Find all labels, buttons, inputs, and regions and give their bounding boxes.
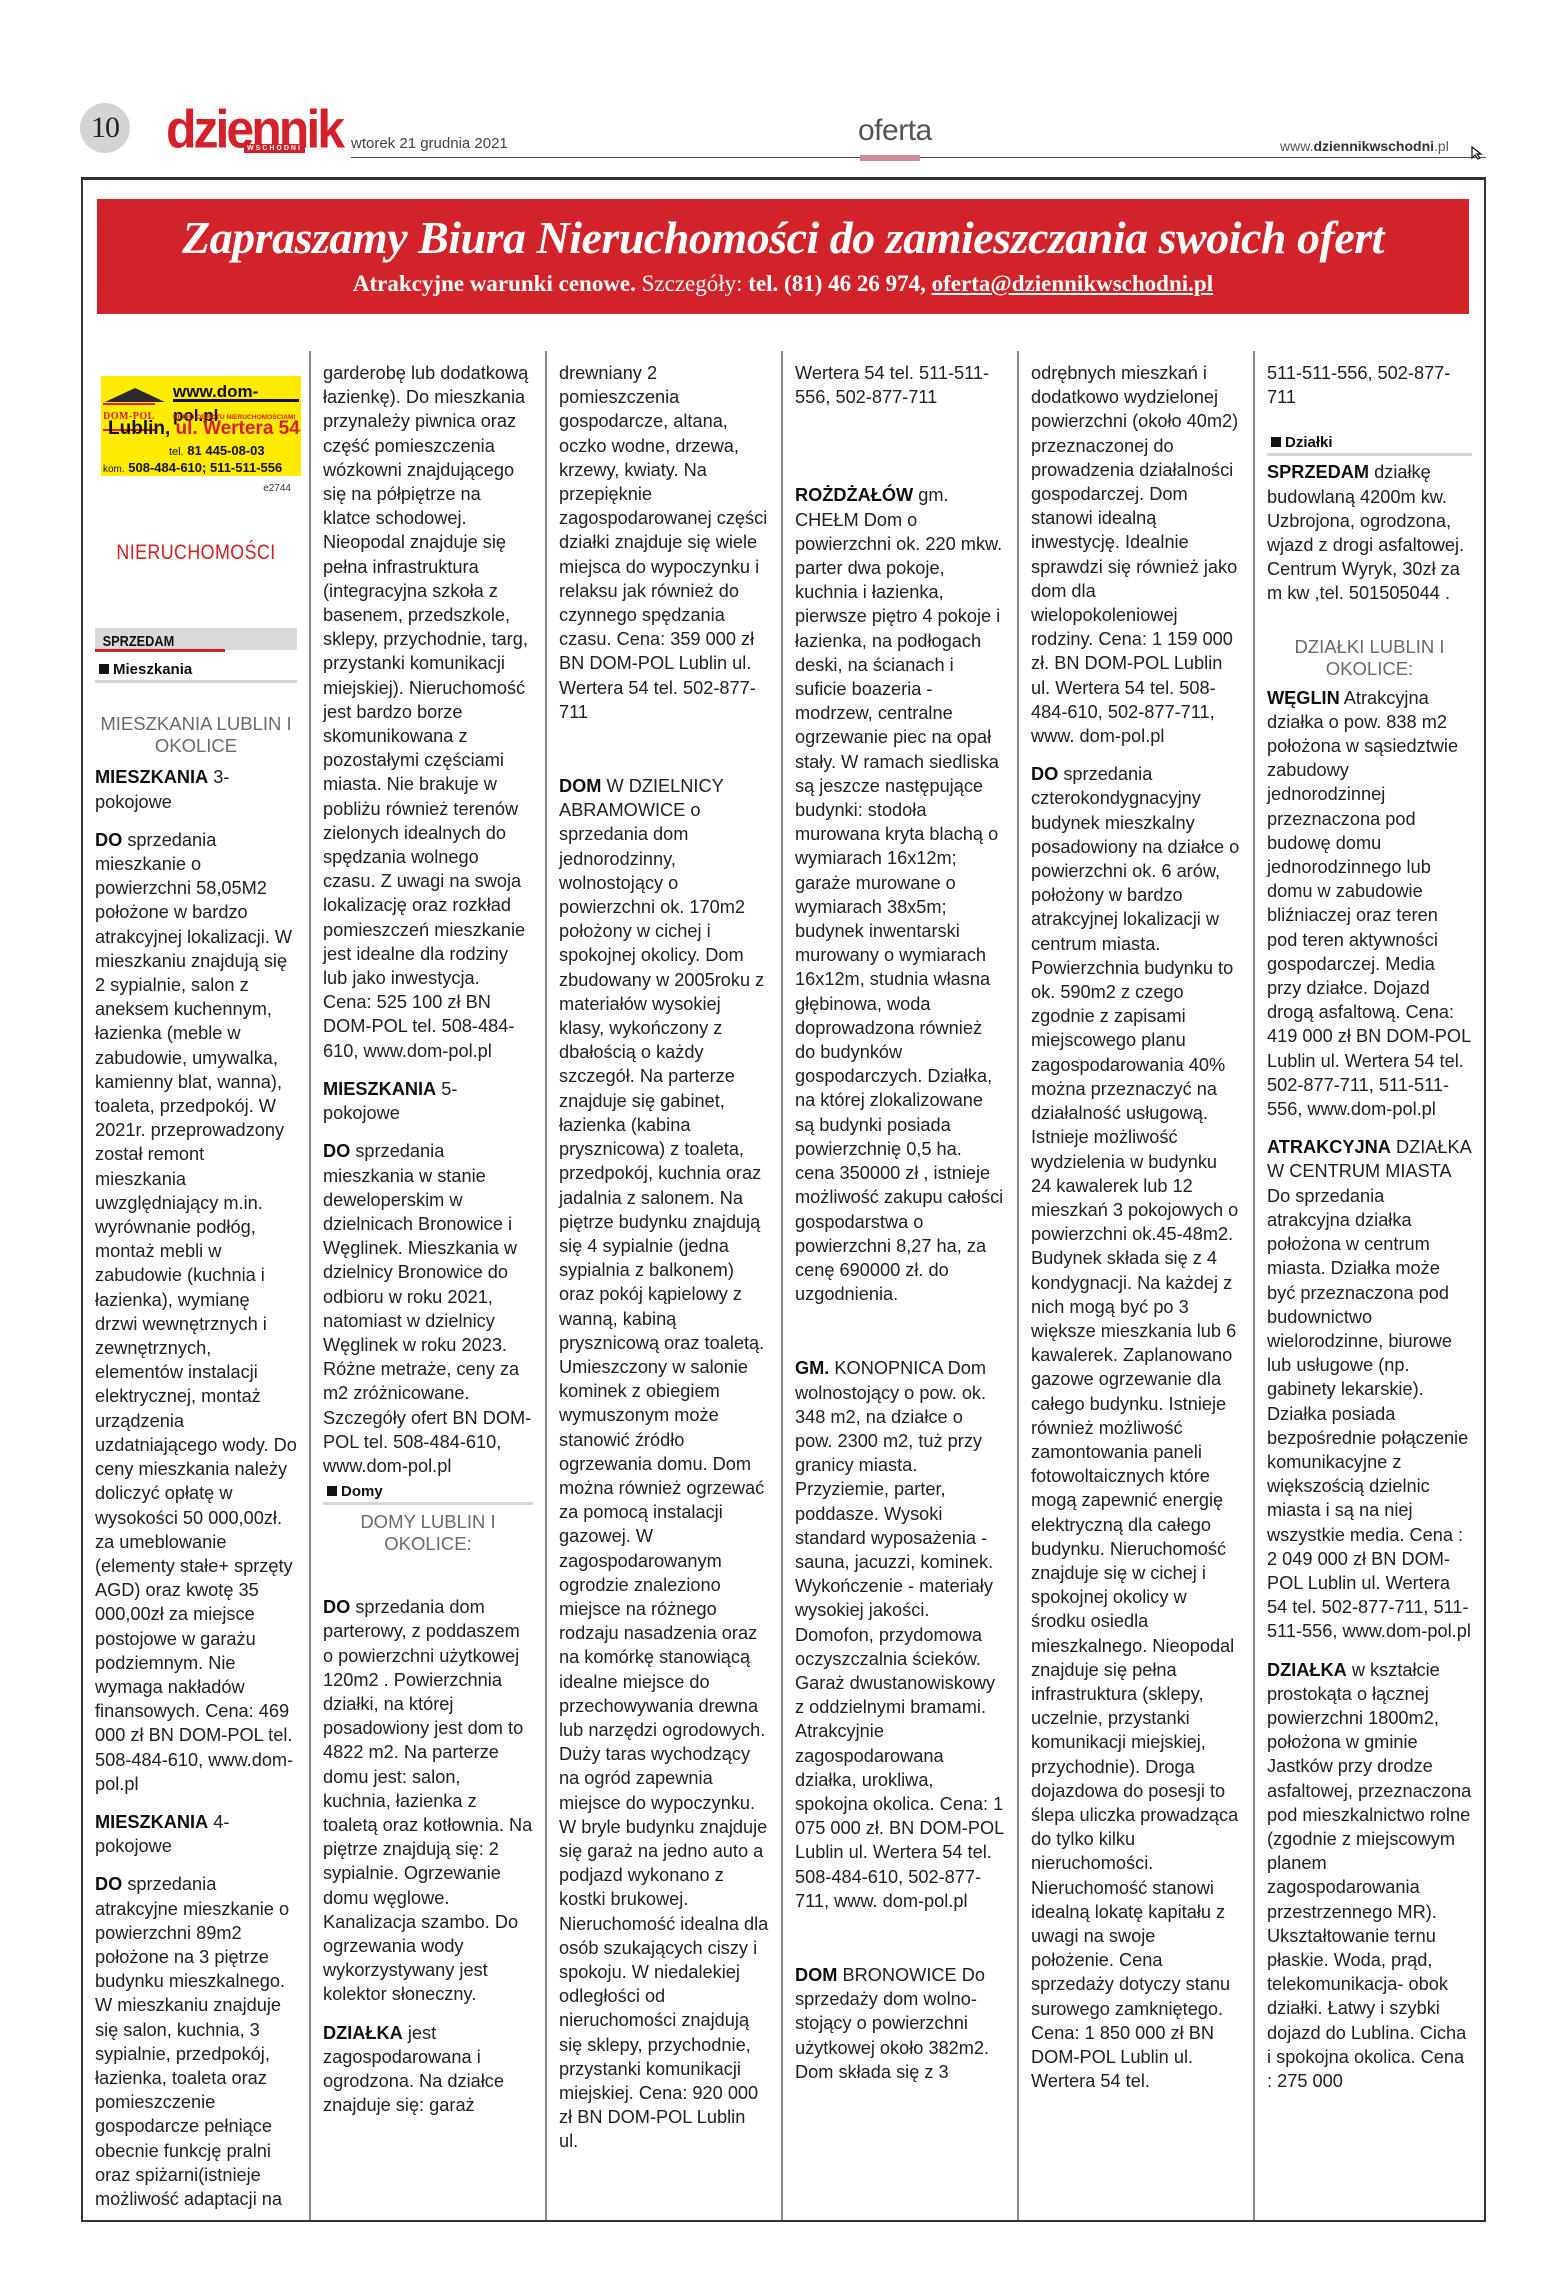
subcategory-domy: Domy <box>323 1482 533 1505</box>
subcategory-label: Mieszkania <box>113 661 192 678</box>
site-domain: dziennikwschodni <box>1313 138 1434 154</box>
listing-text: sprzedania mieszkanie o powierzchni 58,0… <box>95 830 297 1794</box>
listing-text: sprzedania czterokondygnacyjny budynek m… <box>1031 764 1239 2091</box>
listing-text: odrębnych mieszkań i dodatkowo wydzielon… <box>1031 363 1238 746</box>
listing: GM. KONOPNICA Dom wolnostojący o pow. ok… <box>795 1356 1005 1913</box>
banner-phone: tel. (81) 46 26 974, <box>748 271 931 296</box>
listing-text: sprzedania mieszkania w stanie deweloper… <box>323 1141 531 1476</box>
listing-text: drewniany 2 pomieszczenia gospodarcze, a… <box>559 363 767 722</box>
column-4: Wertera 54 tel. 511-511-556, 502-877-711… <box>783 351 1019 2220</box>
listing-lead: MIESZKANIA <box>95 767 208 787</box>
listing-text: działkę budowlaną 4200m kw. Uzbrojona, o… <box>1267 462 1464 603</box>
listing: DZIAŁKA jest zagospodarowana i ogrodzona… <box>323 2021 533 2118</box>
listing-text: gm. CHEŁM Dom o powierzchni ok. 220 mkw.… <box>795 485 1003 1304</box>
dom-pol-ad[interactable]: www.dom-pol.pl DOM-POL BIURO OBROTU NIER… <box>101 376 301 476</box>
subcategory-label: Domy <box>341 1483 383 1500</box>
column-2: garderobę lub dodatkową łazienkę). Do mi… <box>311 351 547 2220</box>
banner-email-link[interactable]: oferta@dziennikwschodni.pl <box>932 271 1213 296</box>
site-url-link[interactable]: www.dziennikwschodni.pl <box>1280 138 1449 154</box>
sprzedam-label: SPRZEDAM <box>95 631 174 653</box>
listing: WĘGLIN Atrakcyjna działka o pow. 838 m2 … <box>1267 686 1472 1122</box>
listing-heading: MIESZKANIA 4-pokojowe <box>95 1810 297 1858</box>
square-bullet-icon <box>99 664 109 674</box>
issue-date: wtorek 21 grudnia 2021 <box>351 135 508 152</box>
listing-continued: odrębnych mieszkań i dodatkowo wydzielon… <box>1031 361 1241 748</box>
listing-continued: drewniany 2 pomieszczenia gospodarcze, a… <box>559 361 769 724</box>
listing: DOM BRONOWICE Do sprzedaży dom wolno-sto… <box>795 1963 1005 2084</box>
square-bullet-icon <box>327 1486 337 1496</box>
section-underline <box>860 155 920 161</box>
listing-continued: 511-511-556, 502-877-711 <box>1267 361 1472 409</box>
listing: ATRAKCYJNA DZIAŁKA W CENTRUM MIASTA Do s… <box>1267 1135 1472 1643</box>
category-title: NIERUCHOMOŚCI <box>110 541 282 565</box>
listing-lead: MIESZKANIA <box>323 1079 436 1099</box>
listing-text: w kształcie prostokąta o łącznej powierz… <box>1267 1660 1471 2091</box>
ad-divider <box>173 399 299 402</box>
listing-text: sprzedania atrakcyjne mieszkanie o powie… <box>95 1874 289 2209</box>
banner-subtitle: Atrakcyjne warunki cenowe. Szczegóły: te… <box>97 271 1469 297</box>
listing-lead: DZIAŁKA <box>323 2023 403 2043</box>
square-bullet-icon <box>1271 437 1281 447</box>
subcategory-mieszkania: Mieszkania <box>95 660 297 683</box>
listing-text: DZIAŁKA W CENTRUM MIASTA Do sprzedania a… <box>1267 1137 1471 1641</box>
listing-lead: DOM <box>795 1965 837 1985</box>
listing-lead: DOM <box>559 776 601 796</box>
region-heading: DZIAŁKI LUBLIN I OKOLICE: <box>1267 636 1472 680</box>
listing-lead: DO <box>323 1597 350 1617</box>
listing: DO sprzedania atrakcyjne mieszkanie o po… <box>95 1872 297 2211</box>
listing: DO sprzedania mieszkania w stanie dewelo… <box>323 1139 533 1478</box>
ad-kom: 508-484-610; 511-511-556 <box>125 460 283 475</box>
listing: DO sprzedania dom parterowy, z poddaszem… <box>323 1595 533 2006</box>
subcategory-dzialki: Działki <box>1267 433 1472 456</box>
region-heading: DOMY LUBLIN I OKOLICE: <box>323 1511 533 1555</box>
ad-street: ul. Wertera 54 <box>170 418 300 439</box>
listing-heading: MIESZKANIA 5-pokojowe <box>323 1077 533 1125</box>
column-5: odrębnych mieszkań i dodatkowo wydzielon… <box>1019 351 1255 2220</box>
listing-continued: garderobę lub dodatkową łazienkę). Do mi… <box>323 361 533 1063</box>
listing-lead: SPRZEDAM <box>1267 462 1369 482</box>
listing: ROŻDŻAŁÓW gm. CHEŁM Dom o powierzchni ok… <box>795 483 1005 1306</box>
column-6: 511-511-556, 502-877-711 Działki SPRZEDA… <box>1255 351 1484 2220</box>
section-name: oferta <box>858 114 932 148</box>
listing-lead: DO <box>95 830 122 850</box>
listing-text: garderobę lub dodatkową łazienkę). Do mi… <box>323 363 528 1061</box>
listing: SPRZEDAM działkę budowlaną 4200m kw. Uzb… <box>1267 460 1472 605</box>
listing-text: Atrakcyjna działka o pow. 838 m2 położon… <box>1267 688 1471 1119</box>
listing-lead: ATRAKCYJNA <box>1267 1137 1391 1157</box>
listing-text: W DZIELNICY ABRAMOWICE o sprzedania dom … <box>559 776 768 2151</box>
ad-address: Lublin, ul. Wertera 54 <box>108 417 300 441</box>
subcategory-label: Działki <box>1285 434 1333 451</box>
column-3: drewniany 2 pomieszczenia gospodarcze, a… <box>547 351 783 2220</box>
listing: DO sprzedania czterokondygnacyjny budyne… <box>1031 762 1241 2093</box>
listing-text: sprzedania dom parterowy, z poddaszem o … <box>323 1597 532 2004</box>
listing: DOM W DZIELNICY ABRAMOWICE o sprzedania … <box>559 774 769 2154</box>
listing-lead: DZIAŁKA <box>1267 1660 1347 1680</box>
classifieds-columns: www.dom-pol.pl DOM-POL BIURO OBROTU NIER… <box>83 351 1484 2220</box>
listing-lead: WĘGLIN <box>1267 688 1340 708</box>
listing-lead: MIESZKANIA <box>95 1812 208 1832</box>
newspaper-logo-sub: WSCHODNI <box>244 144 305 153</box>
spacer <box>559 738 769 774</box>
listing-lead: DO <box>95 1874 122 1894</box>
listing-continued: Wertera 54 tel. 511-511-556, 502-877-711 <box>795 361 1005 409</box>
listing-text: 511-511-556, 502-877-711 <box>1267 363 1450 407</box>
spacer <box>795 423 1005 483</box>
banner-sub-normal: Szczegóły: <box>636 271 748 296</box>
listing-lead: DO <box>323 1141 350 1161</box>
site-prefix: www. <box>1280 138 1313 154</box>
masthead: 10 dziennik WSCHODNI wtorek 21 grudnia 2… <box>0 0 1558 170</box>
cursor-icon <box>1471 146 1485 160</box>
spacer <box>795 1320 1005 1356</box>
ad-city: Lublin, <box>108 418 170 439</box>
house-roof-icon <box>105 388 165 402</box>
listing-lead: DO <box>1031 764 1058 784</box>
listing: DZIAŁKA w kształcie prostokąta o łącznej… <box>1267 1658 1472 2094</box>
listing: DO sprzedania mieszkanie o powierzchni 5… <box>95 828 297 1796</box>
listing-heading: MIESZKANIA 3-pokojowe <box>95 765 297 813</box>
banner-title: Zapraszamy Biura Nieruchomości do zamies… <box>97 211 1469 265</box>
sprzedam-header: SPRZEDAM <box>95 628 297 650</box>
listing-text: Wertera 54 tel. 511-511-556, 502-877-711 <box>795 363 989 407</box>
column-1: www.dom-pol.pl DOM-POL BIURO OBROTU NIER… <box>83 351 311 2220</box>
region-heading: MIESZKANIA LUBLIN I OKOLICE <box>95 713 297 757</box>
spacer <box>795 1927 1005 1963</box>
page-number: 10 <box>80 103 130 153</box>
ad-mobile: kom. 508-484-610; 511-511-556 <box>103 456 282 482</box>
promo-banner: Zapraszamy Biura Nieruchomości do zamies… <box>97 199 1469 314</box>
banner-sub-bold: Atrakcyjne warunki cenowe. <box>353 271 636 296</box>
ad-kom-label: kom. <box>103 464 125 475</box>
site-suffix: .pl <box>1434 138 1449 154</box>
listing-lead: GM. <box>795 1358 829 1378</box>
listing-lead: ROŻDŻAŁÓW <box>795 485 913 505</box>
listing-text: KONOPNICA Dom wolnostojący o pow. ok. 34… <box>795 1358 1004 1910</box>
